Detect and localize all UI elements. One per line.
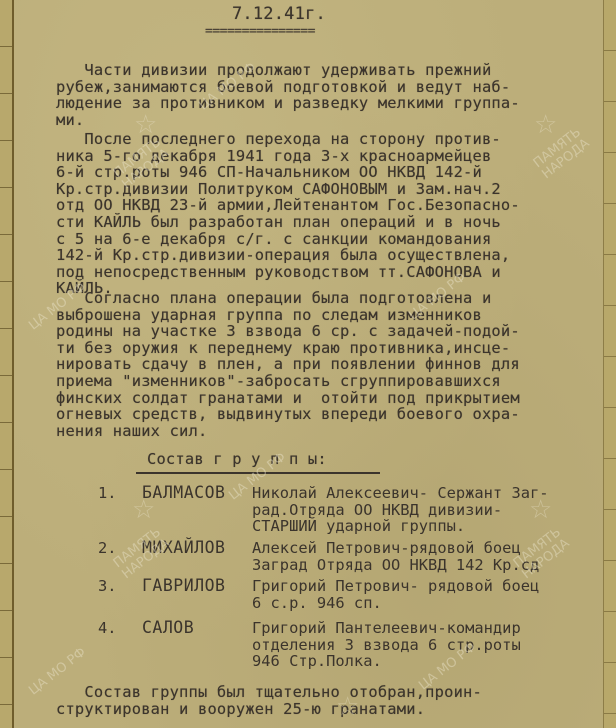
text-line: родины на участке 3 взвода 6 ср. с задач… <box>56 323 520 340</box>
text-line: Заград Отряда ОО НКВД 142 Кр.сд <box>252 557 539 574</box>
document-date: 7.12.41г. <box>232 6 326 23</box>
text-line: Григорий Пантелеевич-командир <box>252 620 521 637</box>
text-line: нировать сдачу в плен, а при появлении ф… <box>56 356 520 373</box>
group-roster-heading: Состав г р у п п ы: <box>147 451 327 468</box>
text-line: Согласно плана операции была подготовлен… <box>56 290 520 307</box>
heading-underline <box>136 472 380 474</box>
text-line: финских солдат гранатами и отойти под пр… <box>56 390 520 407</box>
text-line: 142-й Кр.стр.дивизии-операция была осуще… <box>56 247 520 264</box>
watermark-line: ПАМЯТЬ <box>531 126 584 171</box>
roster-description: Григорий Пантелеевич-командиротделения 3… <box>252 620 521 670</box>
roster-number: 1. <box>98 485 142 535</box>
text-line: 6 с.р. 946 сп. <box>252 595 539 612</box>
text-line: СТАРШИЙ ударной группы. <box>252 518 549 535</box>
adjacent-page-left-edge <box>0 0 14 728</box>
star-emblem-icon: ☆ <box>534 110 557 140</box>
text-line: ми. <box>56 112 520 129</box>
roster-entry: 4. САЛОВ Григорий Пантелеевич-командирот… <box>98 620 521 670</box>
roster-surname: САЛОВ <box>142 620 252 670</box>
roster-entry: 1. БАЛМАСОВ Николай Алексеевич- Сержант … <box>98 485 549 535</box>
text-line: рубеж,занимаются боевой подготовкой и ве… <box>56 79 520 96</box>
text-line: отд ОО НКВД 23-й армии,Лейтенантом Гос.Б… <box>56 197 520 214</box>
roster-description: Алексей Петрович-рядовой боецЗаград Отря… <box>252 540 539 573</box>
text-line: ника 5-го декабря 1941 года 3-х красноар… <box>56 148 520 165</box>
paragraph-4: Состав группы был тщательно отобран,прои… <box>56 684 482 717</box>
text-line: Части дивизии продолжают удерживать преж… <box>56 62 520 79</box>
roster-surname: МИХАЙЛОВ <box>142 540 252 573</box>
roster-number: 3. <box>98 578 142 611</box>
paragraph-1: Части дивизии продолжают удерживать преж… <box>56 62 520 128</box>
text-line: приема "изменников"-забросать сгруппиров… <box>56 373 520 390</box>
roster-number: 4. <box>98 620 142 670</box>
text-line: огневых средств, выдвинутых впереди боев… <box>56 406 520 423</box>
text-line: Алексей Петрович-рядовой боец <box>252 540 539 557</box>
text-line: После последнего перехода на сторону про… <box>56 131 520 148</box>
text-line: с 5 на 6-е декабря с/г. с санкции команд… <box>56 231 520 248</box>
text-line: нения наших сил. <box>56 423 520 440</box>
text-line: Григорий Петрович- рядовой боец <box>252 578 539 595</box>
text-line: отделения 3 взвода 6 стр.роты <box>252 637 521 654</box>
text-line: Кр.стр.дивизии Политруком САФОНОВЫМ и За… <box>56 181 520 198</box>
roster-surname: БАЛМАСОВ <box>142 485 252 535</box>
text-line: ти без оружия к переднему краю противник… <box>56 340 520 357</box>
text-line: Николай Алексеевич- Сержант Заг- <box>252 485 549 502</box>
roster-number: 2. <box>98 540 142 573</box>
roster-description: Григорий Петрович- рядовой боец6 с.р. 94… <box>252 578 539 611</box>
roster-entry: 3. ГАВРИЛОВ Григорий Петрович- рядовой б… <box>98 578 539 611</box>
date-underline-rule: =============== <box>205 24 315 41</box>
watermark-line: НАРОДА <box>540 137 593 182</box>
project-watermark: ПАМЯТЬНАРОДА <box>531 126 592 182</box>
roster-entry: 2. МИХАЙЛОВ Алексей Петрович-рядовой бое… <box>98 540 539 573</box>
text-line: рад.Отряда ОО НКВД дивизии- <box>252 502 549 519</box>
adjacent-page-right-edge <box>603 0 616 728</box>
text-line: 946 Стр.Полка. <box>252 653 521 670</box>
text-line: 6-й стр.роты 946 СП-Начальником ОО НКВД … <box>56 164 520 181</box>
text-line: под непосредственным руководством тт.САФ… <box>56 264 520 281</box>
roster-description: Николай Алексеевич- Сержант Заг-рад.Отря… <box>252 485 549 535</box>
paragraph-2: После последнего перехода на сторону про… <box>56 131 520 297</box>
roster-surname: ГАВРИЛОВ <box>142 578 252 611</box>
paragraph-3: Согласно плана операции была подготовлен… <box>56 290 520 439</box>
text-line: людение за противником и разведку мелким… <box>56 95 520 112</box>
text-line: сти КАЙЛЬ был разработан план операций и… <box>56 214 520 231</box>
text-line: структирован и вооружен 25-ю гранатами. <box>56 701 482 718</box>
text-line: Состав группы был тщательно отобран,прои… <box>56 684 482 701</box>
document-page: 7.12.41г. =============== Части дивизии … <box>14 0 603 728</box>
text-line: выброшена ударная группа по следам измен… <box>56 307 520 324</box>
